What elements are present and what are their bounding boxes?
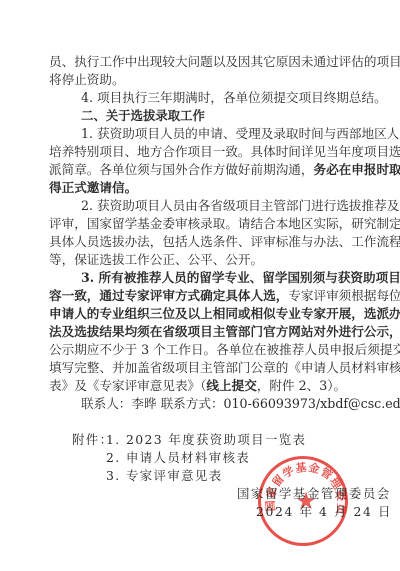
attachment-item: 3. 专家评审意见表 [106,467,223,485]
signature-organization: 国家留学基金管理委员会 [237,485,391,503]
body-line: 派简章。各单位须与国外合作方做好前期沟通，务必在申报时取 [49,161,355,179]
body-text: 派简章。各单位须与国外合作方做好前期沟通， [49,162,313,177]
body-line: 评审，国家留学基金委审核录取。请结合本地区实际，研究制定 [49,215,355,233]
body-line: 表》及《专家评审意见表》（线上提交，附件 2、3）。 [49,377,355,395]
body-line: 培养特别项目、地方合作项目一致。具体时间详见当年度项目选 [49,143,355,161]
body-text: 专家评审须根据每位 [288,288,400,303]
document-page: 员、执行工作中出现较大问题以及因其它原因未通过评估的项目， 将停止资助。 4. … [0,0,400,571]
body-text: 表》及《专家评审意见表》（ [49,378,206,393]
body-line-emphasis: 3. 所有被推荐人员的留学专业、留学国别须与获资助项目内 [81,269,355,287]
body-line-emphasis: 得正式邀请信。 [49,179,355,197]
attachment-item: 2. 申请人员材料审核表 [106,449,250,467]
body-line: 4. 项目执行三年期满时，各单位须提交项目终期总结。 [81,89,355,107]
body-line: 容一致，通过专家评审方式确定具体人选，专家评审须根据每位 [49,287,355,305]
body-line: 1. 获资助项目人员的申请、受理及录取时间与西部地区人才 [81,125,355,143]
emphasis-text: 线上提交 [206,378,256,393]
body-line: 2. 获资助项目人员由各省级项目主管部门进行选拔推荐及 [81,197,355,215]
body-line: 填写完整、并加盖省级项目主管部门公章的《申请人员材料审核 [49,359,355,377]
emphasis-text: 容一致，通过专家评审方式确定具体人选， [49,288,288,303]
contact-line: 联系人：李晔 联系方式：010-66093973/xbdf@csc.edu.cn [81,395,355,413]
body-text: ，附件 2、3）。 [257,378,346,393]
signature-date: 2024 年 4 月 24 日 [256,503,392,521]
body-line: 将停止资助。 [49,71,355,89]
body-line: 具体人员选拔办法，包括人选条件、评审标准与办法、工作流程 [49,233,355,251]
body-line-emphasis: 法及选拔结果均须在省级项目主管部门官方网站对外进行公示， [49,323,355,341]
section-heading: 二、关于选拔录取工作 [81,107,387,125]
body-line: 员、执行工作中出现较大问题以及因其它原因未通过评估的项目， [49,53,355,71]
body-line-emphasis: 申请人的专业组织三位及以上相同或相似专业专家开展，选派办 [49,305,355,323]
attachment-item: 1. 2023 年度获资助项目一览表 [106,431,306,449]
body-line: 等，保证选拔工作公正、公平、公开。 [49,251,355,269]
body-line: 公示期应不少于 3 个工作日。各单位在被推荐人员申报后须提交 [49,341,355,359]
emphasis-text: 务必在申报时取 [313,162,400,177]
